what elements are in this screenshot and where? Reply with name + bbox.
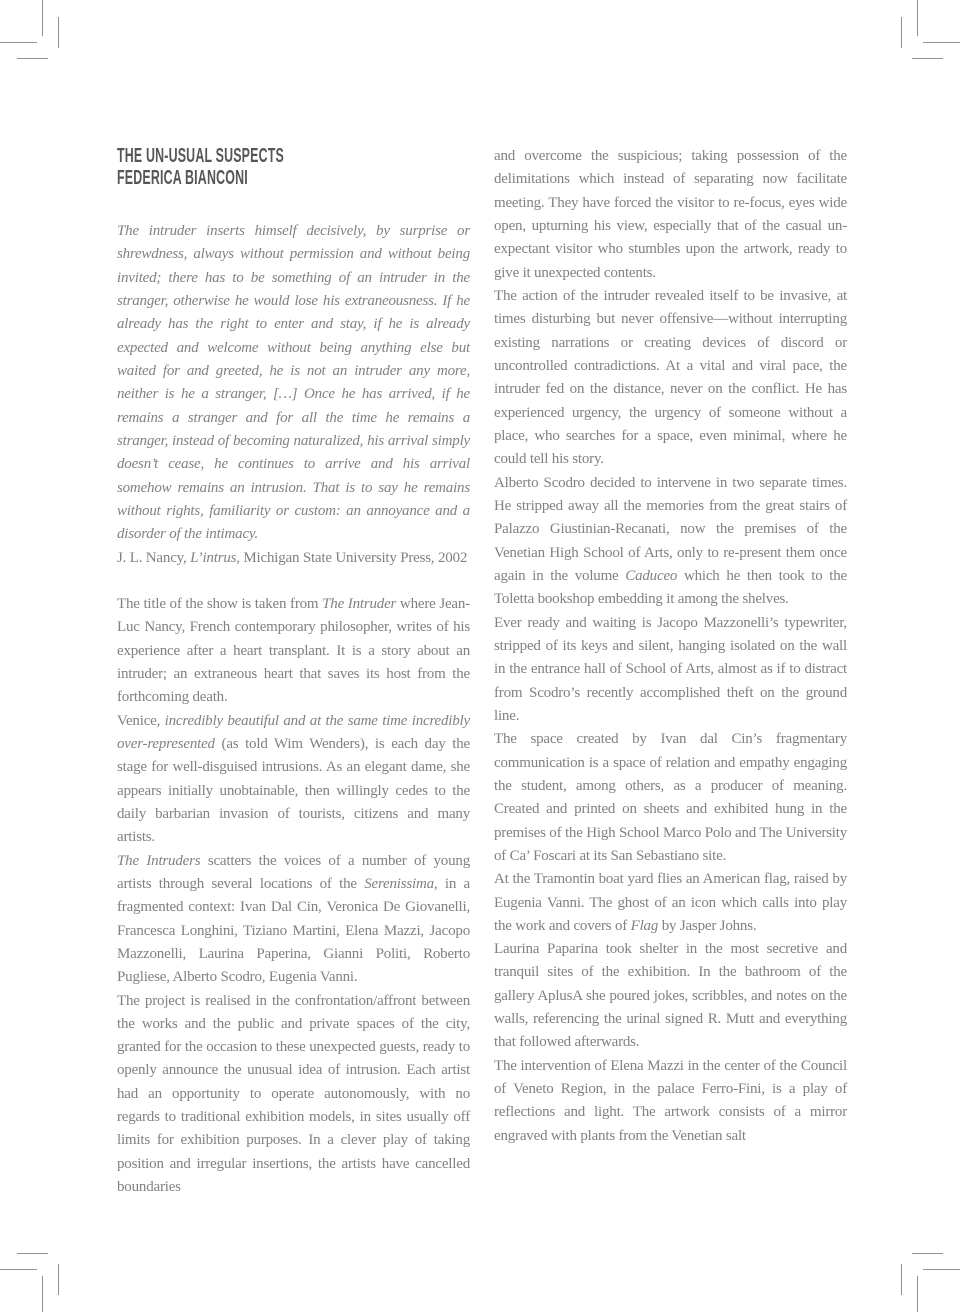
crop-mark-bottom-right-horizontal-outer [923, 1269, 960, 1270]
text-run: The title of the show is taken from [117, 596, 322, 612]
body-paragraph: The action of the intruder revealed itse… [494, 285, 847, 472]
body-paragraph: The title of the show is taken from The … [117, 593, 470, 710]
body-paragraph: Ever ready and waiting is Jacopo Mazzone… [494, 612, 847, 729]
crop-mark-bottom-right-vertical-outer [917, 1276, 918, 1312]
body-paragraph: At the Tramontin boat yard flies an Amer… [494, 868, 847, 938]
text-run: J. L. Nancy, [117, 550, 190, 566]
body-paragraph: Venice, incredibly beautiful and at the … [117, 710, 470, 850]
text-run: Laurina Paparina took shelter in the mos… [494, 941, 847, 1050]
text-run: , Michigan State University Press, 2002 [236, 550, 467, 566]
article-author: FEDERICA BIANCONI [117, 167, 336, 189]
document-page: THE UN-USUAL SUSPECTS FEDERICA BIANCONI … [0, 0, 960, 1312]
crop-mark-bottom-left-vertical-outer [42, 1276, 43, 1312]
crop-mark-top-left-horizontal-inner [17, 58, 48, 59]
body-paragraph: The space created by Ivan dal Cin’s frag… [494, 728, 847, 868]
text-run: The space created by Ivan dal Cin’s frag… [494, 731, 847, 864]
article-title-line1: THE UN-USUAL SUSPECTS [117, 145, 336, 167]
text-run: where Jean-Luc Nancy, French contemporar… [117, 596, 470, 705]
text-run-italic: Flag [631, 918, 659, 934]
text-run-italic: The intruder inserts himself decisively,… [117, 223, 470, 542]
text-run: (as told Wim Wenders), is each day the s… [117, 736, 470, 845]
crop-mark-bottom-right-vertical-inner [901, 1264, 902, 1295]
text-run: and overcome the suspicious; taking poss… [494, 148, 847, 281]
crop-mark-bottom-right-horizontal-inner [912, 1253, 943, 1254]
text-run-italic: Caduceo [625, 568, 677, 584]
crop-mark-bottom-left-horizontal-outer [0, 1269, 37, 1270]
crop-mark-bottom-left-vertical-inner [58, 1264, 59, 1295]
text-run: The project is realised in the confronta… [117, 993, 470, 1196]
crop-mark-top-right-horizontal-inner [912, 58, 943, 59]
text-run-italic: The Intruder [322, 596, 396, 612]
body-paragraph: The Intruders scatters the voices of a n… [117, 850, 470, 990]
crop-mark-top-right-vertical-inner [901, 17, 902, 48]
body-paragraph: The intervention of Elena Mazzi in the c… [494, 1055, 847, 1148]
body-paragraph: Laurina Paparina took shelter in the mos… [494, 938, 847, 1055]
text-run: , in a fragmented context: Ivan Dal Cin,… [117, 876, 470, 985]
body-paragraph: Alberto Scodro decided to intervene in t… [494, 472, 847, 612]
text-run-italic: The Intruders [117, 853, 200, 869]
quote-paragraph: The intruder inserts himself decisively,… [117, 220, 470, 547]
text-run: Venice, [117, 713, 165, 729]
left-column-text: The intruder inserts himself decisively,… [117, 220, 470, 1199]
text-run: by Jasper Johns. [658, 918, 756, 934]
left-column: THE UN-USUAL SUSPECTS FEDERICA BIANCONI … [117, 145, 470, 1199]
crop-mark-top-right-vertical-outer [917, 0, 918, 36]
crop-mark-top-right-horizontal-outer [923, 42, 960, 43]
body-paragraph: The project is realised in the confronta… [117, 990, 470, 1200]
text-run: Ever ready and waiting is Jacopo Mazzone… [494, 615, 847, 724]
body-paragraph: and overcome the suspicious; taking poss… [494, 145, 847, 285]
crop-mark-top-left-vertical-inner [58, 17, 59, 48]
page-content: THE UN-USUAL SUSPECTS FEDERICA BIANCONI … [117, 145, 847, 1199]
text-run: The intervention of Elena Mazzi in the c… [494, 1058, 847, 1144]
text-run: The action of the intruder revealed itse… [494, 288, 847, 467]
text-run-italic: L’intrus [190, 550, 236, 566]
citation-paragraph: J. L. Nancy, L’intrus, Michigan State Un… [117, 547, 470, 570]
crop-mark-top-left-vertical-outer [42, 0, 43, 36]
text-run-italic: Serenissima [364, 876, 434, 892]
article-title: THE UN-USUAL SUSPECTS FEDERICA BIANCONI [117, 145, 336, 189]
crop-mark-top-left-horizontal-outer [0, 42, 37, 43]
right-column: and overcome the suspicious; taking poss… [494, 145, 847, 1148]
crop-mark-bottom-left-horizontal-inner [17, 1253, 48, 1254]
